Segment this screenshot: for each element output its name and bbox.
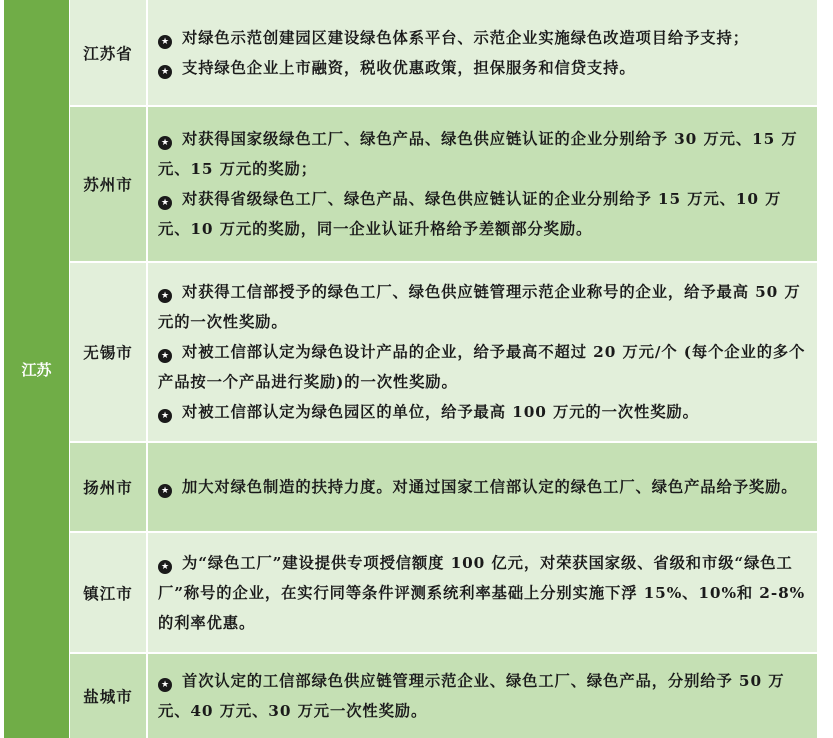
city-cell: 镇江市 bbox=[70, 533, 148, 652]
star-bullet-icon: ★ bbox=[158, 136, 172, 150]
policy-content: ★对绿色示范创建园区建设绿色体系平台、示范企业实施绿色改造项目给予支持； ★支持… bbox=[148, 0, 817, 105]
policy-item: ★对获得省级绿色工厂、绿色产品、绿色供应链认证的企业分别给予 15 万元、10 … bbox=[158, 184, 809, 244]
policy-table: 江苏 江苏省 ★对绿色示范创建园区建设绿色体系平台、示范企业实施绿色改造项目给予… bbox=[4, 0, 817, 738]
policy-content: ★对获得国家级绿色工厂、绿色产品、绿色供应链认证的企业分别给予 30 万元、15… bbox=[148, 107, 817, 261]
table-row-yancheng: 盐城市 ★首次认定的工信部绿色供应链管理示范企业、绿色工厂、绿色产品，分别给予 … bbox=[70, 654, 817, 738]
star-bullet-icon: ★ bbox=[158, 289, 172, 303]
table-row-suzhou: 苏州市 ★对获得国家级绿色工厂、绿色产品、绿色供应链认证的企业分别给予 30 万… bbox=[70, 107, 817, 263]
star-bullet-icon: ★ bbox=[158, 349, 172, 363]
star-bullet-icon: ★ bbox=[158, 678, 172, 692]
policy-content: ★首次认定的工信部绿色供应链管理示范企业、绿色工厂、绿色产品，分别给予 50 万… bbox=[148, 654, 817, 738]
policy-item: ★对被工信部认定为绿色园区的单位，给予最高 100 万元的一次性奖励。 bbox=[158, 397, 809, 427]
policy-item: ★加大对绿色制造的扶持力度。对通过国家工信部认定的绿色工厂、绿色产品给予奖励。 bbox=[158, 472, 809, 502]
star-bullet-icon: ★ bbox=[158, 560, 172, 574]
city-cell: 扬州市 bbox=[70, 443, 148, 531]
star-bullet-icon: ★ bbox=[158, 35, 172, 49]
policy-content: ★对获得工信部授予的绿色工厂、绿色供应链管理示范企业称号的企业，给予最高 50 … bbox=[148, 263, 817, 441]
province-cell: 江苏 bbox=[4, 0, 69, 738]
policy-item: ★对被工信部认定为绿色设计产品的企业，给予最高不超过 20 万元/个 (每个企业… bbox=[158, 337, 809, 397]
policy-item: ★对绿色示范创建园区建设绿色体系平台、示范企业实施绿色改造项目给予支持； bbox=[158, 23, 809, 53]
table-row-wuxi: 无锡市 ★对获得工信部授予的绿色工厂、绿色供应链管理示范企业称号的企业，给予最高… bbox=[70, 263, 817, 443]
star-bullet-icon: ★ bbox=[158, 196, 172, 210]
policy-item: ★支持绿色企业上市融资，税收优惠政策，担保服务和信贷支持。 bbox=[158, 53, 809, 83]
star-bullet-icon: ★ bbox=[158, 65, 172, 79]
city-cell: 江苏省 bbox=[70, 0, 148, 105]
table-row-zhenjiang: 镇江市 ★为“绿色工厂”建设提供专项授信额度 100 亿元，对荣获国家级、省级和… bbox=[70, 533, 817, 654]
policy-content: ★为“绿色工厂”建设提供专项授信额度 100 亿元，对荣获国家级、省级和市级“绿… bbox=[148, 533, 817, 652]
policy-item: ★对获得工信部授予的绿色工厂、绿色供应链管理示范企业称号的企业，给予最高 50 … bbox=[158, 277, 809, 337]
city-cell: 无锡市 bbox=[70, 263, 148, 441]
table-row-yangzhou: 扬州市 ★加大对绿色制造的扶持力度。对通过国家工信部认定的绿色工厂、绿色产品给予… bbox=[70, 443, 817, 533]
table-row-jiangsu-province: 江苏省 ★对绿色示范创建园区建设绿色体系平台、示范企业实施绿色改造项目给予支持；… bbox=[70, 0, 817, 107]
policy-item: ★为“绿色工厂”建设提供专项授信额度 100 亿元，对荣获国家级、省级和市级“绿… bbox=[158, 548, 809, 638]
policy-content: ★加大对绿色制造的扶持力度。对通过国家工信部认定的绿色工厂、绿色产品给予奖励。 bbox=[148, 443, 817, 531]
policy-item: ★首次认定的工信部绿色供应链管理示范企业、绿色工厂、绿色产品，分别给予 50 万… bbox=[158, 666, 809, 726]
policy-item: ★对获得国家级绿色工厂、绿色产品、绿色供应链认证的企业分别给予 30 万元、15… bbox=[158, 124, 809, 184]
star-bullet-icon: ★ bbox=[158, 409, 172, 423]
city-cell: 盐城市 bbox=[70, 654, 148, 738]
city-cell: 苏州市 bbox=[70, 107, 148, 261]
star-bullet-icon: ★ bbox=[158, 484, 172, 498]
